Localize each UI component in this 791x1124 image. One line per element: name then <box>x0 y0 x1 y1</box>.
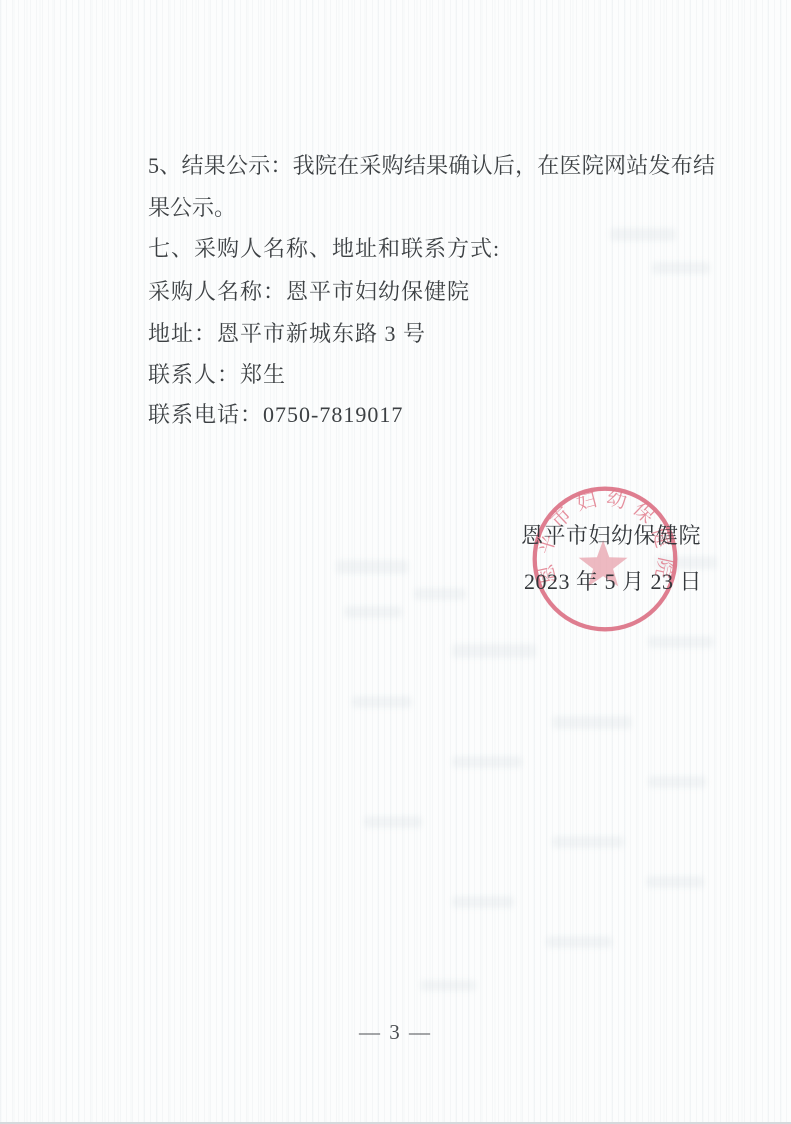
official-seal-stamp: 恩平市妇幼保健院 <box>528 483 682 635</box>
signature-date: 2023 年 5 月 23 日 <box>524 567 702 597</box>
purchaser-name-line: 采购人名称：恩平市妇幼保健院 <box>148 277 715 307</box>
contact-phone-line: 联系电话：0750-7819017 <box>148 400 715 430</box>
result-announcement-line-2: 果公示。 <box>148 193 715 223</box>
page-number: — 3 — <box>0 1020 791 1044</box>
document-page: 5、结果公示：我院在采购结果确认后，在医院网站发布结 果公示。 七、采购人名称、… <box>0 0 791 1124</box>
result-announcement-line-1: 5、结果公示：我院在采购结果确认后，在医院网站发布结 <box>148 151 715 181</box>
contact-person-line: 联系人：郑生 <box>148 360 715 390</box>
purchaser-section-heading: 七、采购人名称、地址和联系方式: <box>148 234 715 264</box>
address-line: 地址：恩平市新城东路 3 号 <box>148 319 715 349</box>
signature-org-name: 恩平市妇幼保健院 <box>521 521 701 551</box>
